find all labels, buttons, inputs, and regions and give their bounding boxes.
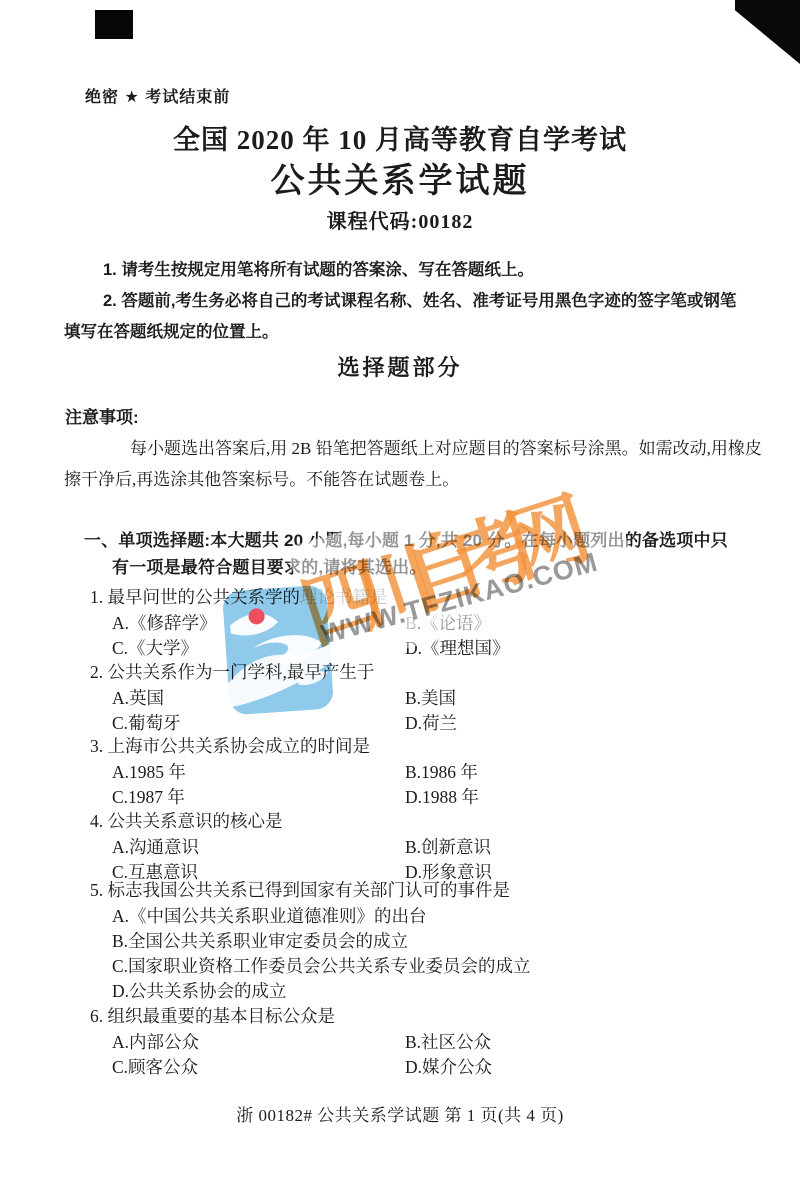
exam-paper-page: 绝密 ★ 考试结束前 全国 2020 年 10 月高等教育自学考试 公共关系学试… <box>0 0 800 1180</box>
section-heading: 选择题部分 <box>0 354 800 382</box>
option-row: C.顾客公众D.媒介公众 <box>0 1054 800 1079</box>
option-row: C.葡萄牙D.荷兰 <box>0 710 800 735</box>
option: C.国家职业资格工作委员会公共关系专业委员会的成立 <box>112 953 531 978</box>
option-row: A.英国B.美国 <box>0 685 800 710</box>
question-stem: 5. 标志我国公共关系已得到国家有关部门认可的事件是 <box>90 877 510 902</box>
question-stem: 6. 组织最重要的基本目标公众是 <box>90 1003 335 1028</box>
option: D.荷兰 <box>405 710 457 735</box>
secrecy-line: 绝密 ★ 考试结束前 <box>85 88 230 108</box>
page-footer: 浙 00182# 公共关系学试题 第 1 页(共 4 页) <box>0 1105 800 1126</box>
option: B.全国公共关系职业审定委员会的成立 <box>112 928 408 953</box>
option-row: A.内部公众B.社区公众 <box>0 1029 800 1054</box>
option: B.《论语》 <box>405 610 491 635</box>
notice-line-1: 每小题选出答案后,用 2B 铅笔把答题纸上对应题目的答案标号涂黑。如需改动,用橡… <box>130 438 762 459</box>
option: C.葡萄牙 <box>112 710 181 735</box>
option: C.顾客公众 <box>112 1054 198 1079</box>
option: C.1987 年 <box>112 784 185 809</box>
question-stem: 4. 公共关系意识的核心是 <box>90 808 283 833</box>
notice-label: 注意事项: <box>65 407 139 428</box>
course-code: 课程代码:00182 <box>0 210 800 235</box>
option-row: A.1985 年B.1986 年 <box>0 759 800 784</box>
option: A.英国 <box>112 685 164 710</box>
option: B.社区公众 <box>405 1029 491 1054</box>
option-row: A.《修辞学》B.《论语》 <box>0 610 800 635</box>
option: B.1986 年 <box>405 759 478 784</box>
option: A.1985 年 <box>112 759 186 784</box>
option: A.《修辞学》 <box>112 610 217 635</box>
instruction-item-2: 2. 答题前,考生务必将自己的考试课程名称、姓名、准考证号用黑色字迹的签字笔或钢… <box>103 291 736 312</box>
notice-line-2: 擦干净后,再选涂其他答案标号。不能答在试题卷上。 <box>64 469 459 490</box>
paper-title: 公共关系学试题 <box>0 160 800 203</box>
exam-title: 全国 2020 年 10 月高等教育自学考试 <box>0 124 800 158</box>
option: A.内部公众 <box>112 1029 199 1054</box>
option-row: A.《中国公共关系职业道德准则》的出台 <box>0 903 800 928</box>
scan-artifact-top-right <box>735 0 800 64</box>
option-row: C.国家职业资格工作委员会公共关系专业委员会的成立 <box>0 953 800 978</box>
option: B.美国 <box>405 685 456 710</box>
option: A.《中国公共关系职业道德准则》的出台 <box>112 903 427 928</box>
option: A.沟通意识 <box>112 834 199 859</box>
question-stem: 3. 上海市公共关系协会成立的时间是 <box>90 733 370 758</box>
mcq-header-line-2: 有一项是最符合题目要求的,请将其选出。 <box>112 557 427 578</box>
option: D.《理想国》 <box>405 635 510 660</box>
option: D.1988 年 <box>405 784 479 809</box>
option-row: C.《大学》D.《理想国》 <box>0 635 800 660</box>
mcq-header-line-1: 一、单项选择题:本大题共 20 小题,每小题 1 分,共 20 分。在每小题列出… <box>84 530 728 551</box>
option: B.创新意识 <box>405 834 491 859</box>
option: C.《大学》 <box>112 635 198 660</box>
option: D.公共关系协会的成立 <box>112 978 287 1003</box>
option: D.媒介公众 <box>405 1054 492 1079</box>
question-stem: 2. 公共关系作为一门学科,最早产生于 <box>90 659 374 684</box>
option-row: A.沟通意识B.创新意识 <box>0 834 800 859</box>
instruction-item-1: 1. 请考生按规定用笔将所有试题的答案涂、写在答题纸上。 <box>103 260 534 281</box>
option-row: C.1987 年D.1988 年 <box>0 784 800 809</box>
scan-artifact-top-left <box>95 10 133 39</box>
option-row: B.全国公共关系职业审定委员会的成立 <box>0 928 800 953</box>
instruction-item-2-continued: 填写在答题纸规定的位置上。 <box>64 322 279 343</box>
option-row: D.公共关系协会的成立 <box>0 978 800 1003</box>
question-stem: 1. 最早问世的公共关系学的理论书籍是 <box>90 584 388 609</box>
